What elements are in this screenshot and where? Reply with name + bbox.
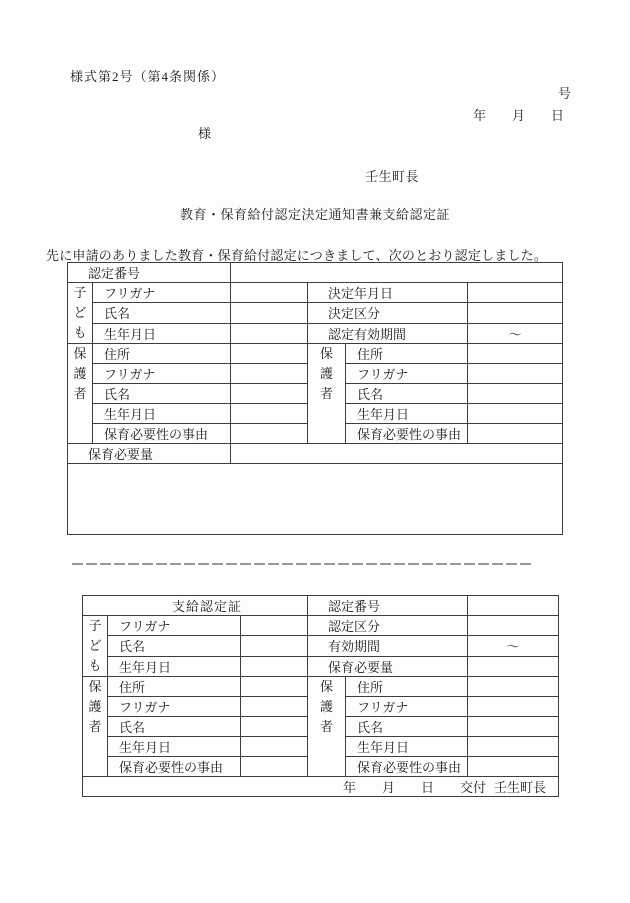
cert2-valid-period-value-cell: ～ bbox=[468, 636, 559, 656]
child-furigana-value-cell bbox=[241, 616, 308, 636]
guardian-furigana-value-cell bbox=[241, 697, 308, 717]
cert-number-value-cell bbox=[231, 263, 563, 283]
certificate-table: 支給認定証 認定番号 子 ど も フリガナ 認定区分 氏名 有効期間 ～ 生年月… bbox=[82, 595, 559, 797]
table-row: 保 護 者 住所 保 護 者 住所 bbox=[68, 344, 563, 364]
issue-issuer-name: 壬生町長 bbox=[494, 780, 546, 795]
guardian-name-value-cell bbox=[231, 384, 308, 404]
guardian2-furigana-value-cell bbox=[468, 364, 563, 384]
table-row: 保育必要量 bbox=[68, 444, 563, 464]
addressee-honorific: 様 bbox=[198, 123, 211, 142]
guardian-birthdate-value-cell bbox=[231, 404, 308, 424]
issue-month-label: 月 bbox=[382, 780, 395, 795]
valid-period-value-cell: ～ bbox=[468, 323, 563, 343]
table-row: 支給認定証 認定番号 bbox=[83, 596, 559, 616]
guardian2-birthdate-value-cell bbox=[468, 404, 563, 424]
guardian2-name-value-cell bbox=[468, 384, 563, 404]
table-row: 氏名 決定区分 bbox=[68, 303, 563, 323]
child-name-label: 氏名 bbox=[108, 636, 241, 656]
notice-table: 認定番号 子 ど も フリガナ 決定年月日 氏名 決定区分 生年月日 認定有効期… bbox=[67, 262, 563, 535]
child-group-label: 子 ど も bbox=[68, 283, 93, 344]
table-row: 生年月日 保育必要量 bbox=[83, 656, 559, 676]
guardian2-name-value-cell bbox=[468, 717, 559, 737]
date-day-label: 日 bbox=[551, 108, 564, 123]
cert2-category-label: 認定区分 bbox=[308, 616, 468, 636]
guardian-birthdate-label: 生年月日 bbox=[93, 404, 231, 424]
guardian-furigana-label: フリガナ bbox=[108, 697, 241, 717]
child-name-value-cell bbox=[231, 303, 308, 323]
guardian-group-label-left: 保 護 者 bbox=[68, 344, 93, 444]
guardian2-furigana-label: フリガナ bbox=[346, 697, 468, 717]
guardian-care-reason-label: 保育必要性の事由 bbox=[108, 757, 241, 777]
table-row: 認定番号 bbox=[68, 263, 563, 283]
form-number-label: 様式第2号（第4条関係） bbox=[70, 66, 225, 85]
table-row: 年月日交付壬生町長 bbox=[83, 777, 559, 797]
cert2-number-value-cell bbox=[468, 596, 559, 616]
cert2-care-amount-label: 保育必要量 bbox=[308, 656, 468, 676]
guardian2-birthdate-value-cell bbox=[468, 737, 559, 757]
care-amount-value-cell bbox=[231, 444, 563, 464]
guardian-group-label-right: 保 護 者 bbox=[308, 344, 346, 444]
guardian-birthdate-label: 生年月日 bbox=[108, 737, 241, 757]
guardian2-address-value-cell bbox=[468, 344, 563, 364]
child-birthdate-label: 生年月日 bbox=[108, 656, 241, 676]
guardian2-care-reason-label: 保育必要性の事由 bbox=[346, 757, 468, 777]
cert2-care-amount-value-cell bbox=[468, 656, 559, 676]
child-birthdate-label: 生年月日 bbox=[93, 323, 231, 343]
cert2-valid-period-label: 有効期間 bbox=[308, 636, 468, 656]
guardian-furigana-label: フリガナ bbox=[93, 364, 231, 384]
child-birthdate-value-cell bbox=[231, 323, 308, 343]
date-year-label: 年 bbox=[473, 108, 486, 123]
child-name-label: 氏名 bbox=[93, 303, 231, 323]
guardian2-care-reason-label: 保育必要性の事由 bbox=[346, 424, 468, 444]
guardian2-address-label: 住所 bbox=[346, 677, 468, 697]
issue-year-label: 年 bbox=[343, 780, 356, 795]
guardian-birthdate-value-cell bbox=[241, 737, 308, 757]
document-title: 教育・保育給付認定決定通知書兼支給認定証 bbox=[0, 204, 630, 223]
child-furigana-label: フリガナ bbox=[93, 283, 231, 303]
guardian-furigana-value-cell bbox=[231, 364, 308, 384]
guardian2-care-reason-value-cell bbox=[468, 757, 559, 777]
guardian2-name-label: 氏名 bbox=[346, 384, 468, 404]
guardian2-address-label: 住所 bbox=[346, 344, 468, 364]
guardian-name-label: 氏名 bbox=[108, 717, 241, 737]
guardian-address-label: 住所 bbox=[108, 677, 241, 697]
table-row: 保 護 者 住所 保 護 者 住所 bbox=[83, 677, 559, 697]
guardian-name-value-cell bbox=[241, 717, 308, 737]
decision-date-value-cell bbox=[468, 283, 563, 303]
decision-date-label: 決定年月日 bbox=[308, 283, 468, 303]
guardian2-birthdate-label: 生年月日 bbox=[346, 737, 468, 757]
table-row: 子 ど も フリガナ 認定区分 bbox=[83, 616, 559, 636]
date-month-label: 月 bbox=[512, 108, 525, 123]
guardian-care-reason-value-cell bbox=[231, 424, 308, 444]
issuer-name: 壬生町長 bbox=[365, 166, 419, 185]
guardian-address-label: 住所 bbox=[93, 344, 231, 364]
guardian-group-label-right: 保 護 者 bbox=[308, 677, 346, 777]
issue-day-label: 日 bbox=[421, 780, 434, 795]
guardian-care-reason-label: 保育必要性の事由 bbox=[93, 424, 231, 444]
guardian2-name-label: 氏名 bbox=[346, 717, 468, 737]
date-line: 年月日 bbox=[473, 105, 564, 124]
issue-label: 交付 bbox=[460, 780, 486, 795]
guardian2-furigana-label: フリガナ bbox=[346, 364, 468, 384]
child-name-value-cell bbox=[241, 636, 308, 656]
table-row bbox=[68, 464, 563, 535]
table-row: 氏名 有効期間 ～ bbox=[83, 636, 559, 656]
decision-category-value-cell bbox=[468, 303, 563, 323]
cert2-category-value-cell bbox=[468, 616, 559, 636]
guardian-name-label: 氏名 bbox=[93, 384, 231, 404]
guardian2-address-value-cell bbox=[468, 677, 559, 697]
document-number-suffix: 号 bbox=[558, 83, 571, 102]
decision-category-label: 決定区分 bbox=[308, 303, 468, 323]
cert2-number-label: 認定番号 bbox=[308, 596, 468, 616]
document-page: 様式第2号（第4条関係） 号 年月日 様 壬生町長 教育・保育給付認定決定通知書… bbox=[0, 0, 630, 903]
cert-number-label: 認定番号 bbox=[68, 263, 231, 283]
guardian-group-label-left: 保 護 者 bbox=[83, 677, 108, 777]
remarks-blank-cell bbox=[68, 464, 563, 535]
child-furigana-value-cell bbox=[231, 283, 308, 303]
child-group-label: 子 ど も bbox=[83, 616, 108, 677]
certificate-header-label: 支給認定証 bbox=[83, 596, 308, 616]
cutoff-dashed-line bbox=[72, 563, 534, 565]
care-amount-label: 保育必要量 bbox=[68, 444, 231, 464]
table-row: 生年月日 認定有効期間 ～ bbox=[68, 323, 563, 343]
guardian2-birthdate-label: 生年月日 bbox=[346, 404, 468, 424]
table-row: 子 ど も フリガナ 決定年月日 bbox=[68, 283, 563, 303]
guardian2-care-reason-value-cell bbox=[468, 424, 563, 444]
issue-date-line: 年月日交付壬生町長 bbox=[83, 777, 559, 797]
child-birthdate-value-cell bbox=[241, 656, 308, 676]
guardian-address-value-cell bbox=[241, 677, 308, 697]
guardian2-furigana-value-cell bbox=[468, 697, 559, 717]
valid-period-label: 認定有効期間 bbox=[308, 323, 468, 343]
guardian-care-reason-value-cell bbox=[241, 757, 308, 777]
guardian-address-value-cell bbox=[231, 344, 308, 364]
child-furigana-label: フリガナ bbox=[108, 616, 241, 636]
